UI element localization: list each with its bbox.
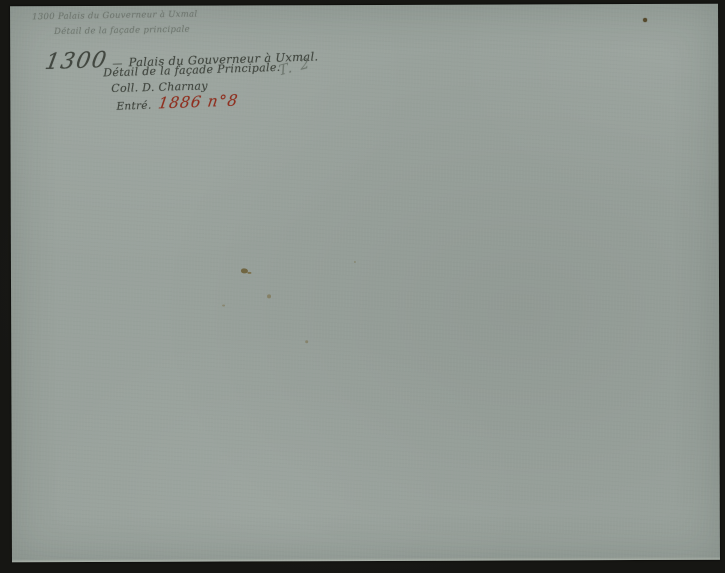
- foxing-spot: [267, 294, 271, 298]
- foxing-spot: [222, 304, 225, 306]
- inventory-number: 1300: [43, 48, 109, 75]
- ink-inscriptions: 1300 — Palais du Gouverneur à Uxmal. Dét…: [10, 4, 718, 6]
- accession-date-red-ink: 1886 n°8: [157, 91, 239, 112]
- foxing-spot: [354, 261, 356, 263]
- photo-mount-verso: 1300 Palais du Gouverneur à Uxmal Détail…: [10, 4, 720, 562]
- pencil-annotation-line2: Détail de la façade principale: [54, 25, 190, 37]
- scanner-background: 1300 Palais du Gouverneur à Uxmal Détail…: [0, 0, 725, 573]
- foxing-spot: [241, 268, 248, 273]
- foxing-spot: [305, 340, 308, 343]
- pencil-annotations: 1300 Palais du Gouverneur à Uxmal Détail…: [10, 4, 718, 6]
- accession-entry-label: Entré.: [116, 100, 151, 113]
- accession-inscription: Entré. 1886 n°8: [116, 92, 239, 114]
- foxing-spot: [643, 18, 647, 22]
- pencil-annotation-line1: 1300 Palais du Gouverneur à Uxmal: [32, 9, 198, 22]
